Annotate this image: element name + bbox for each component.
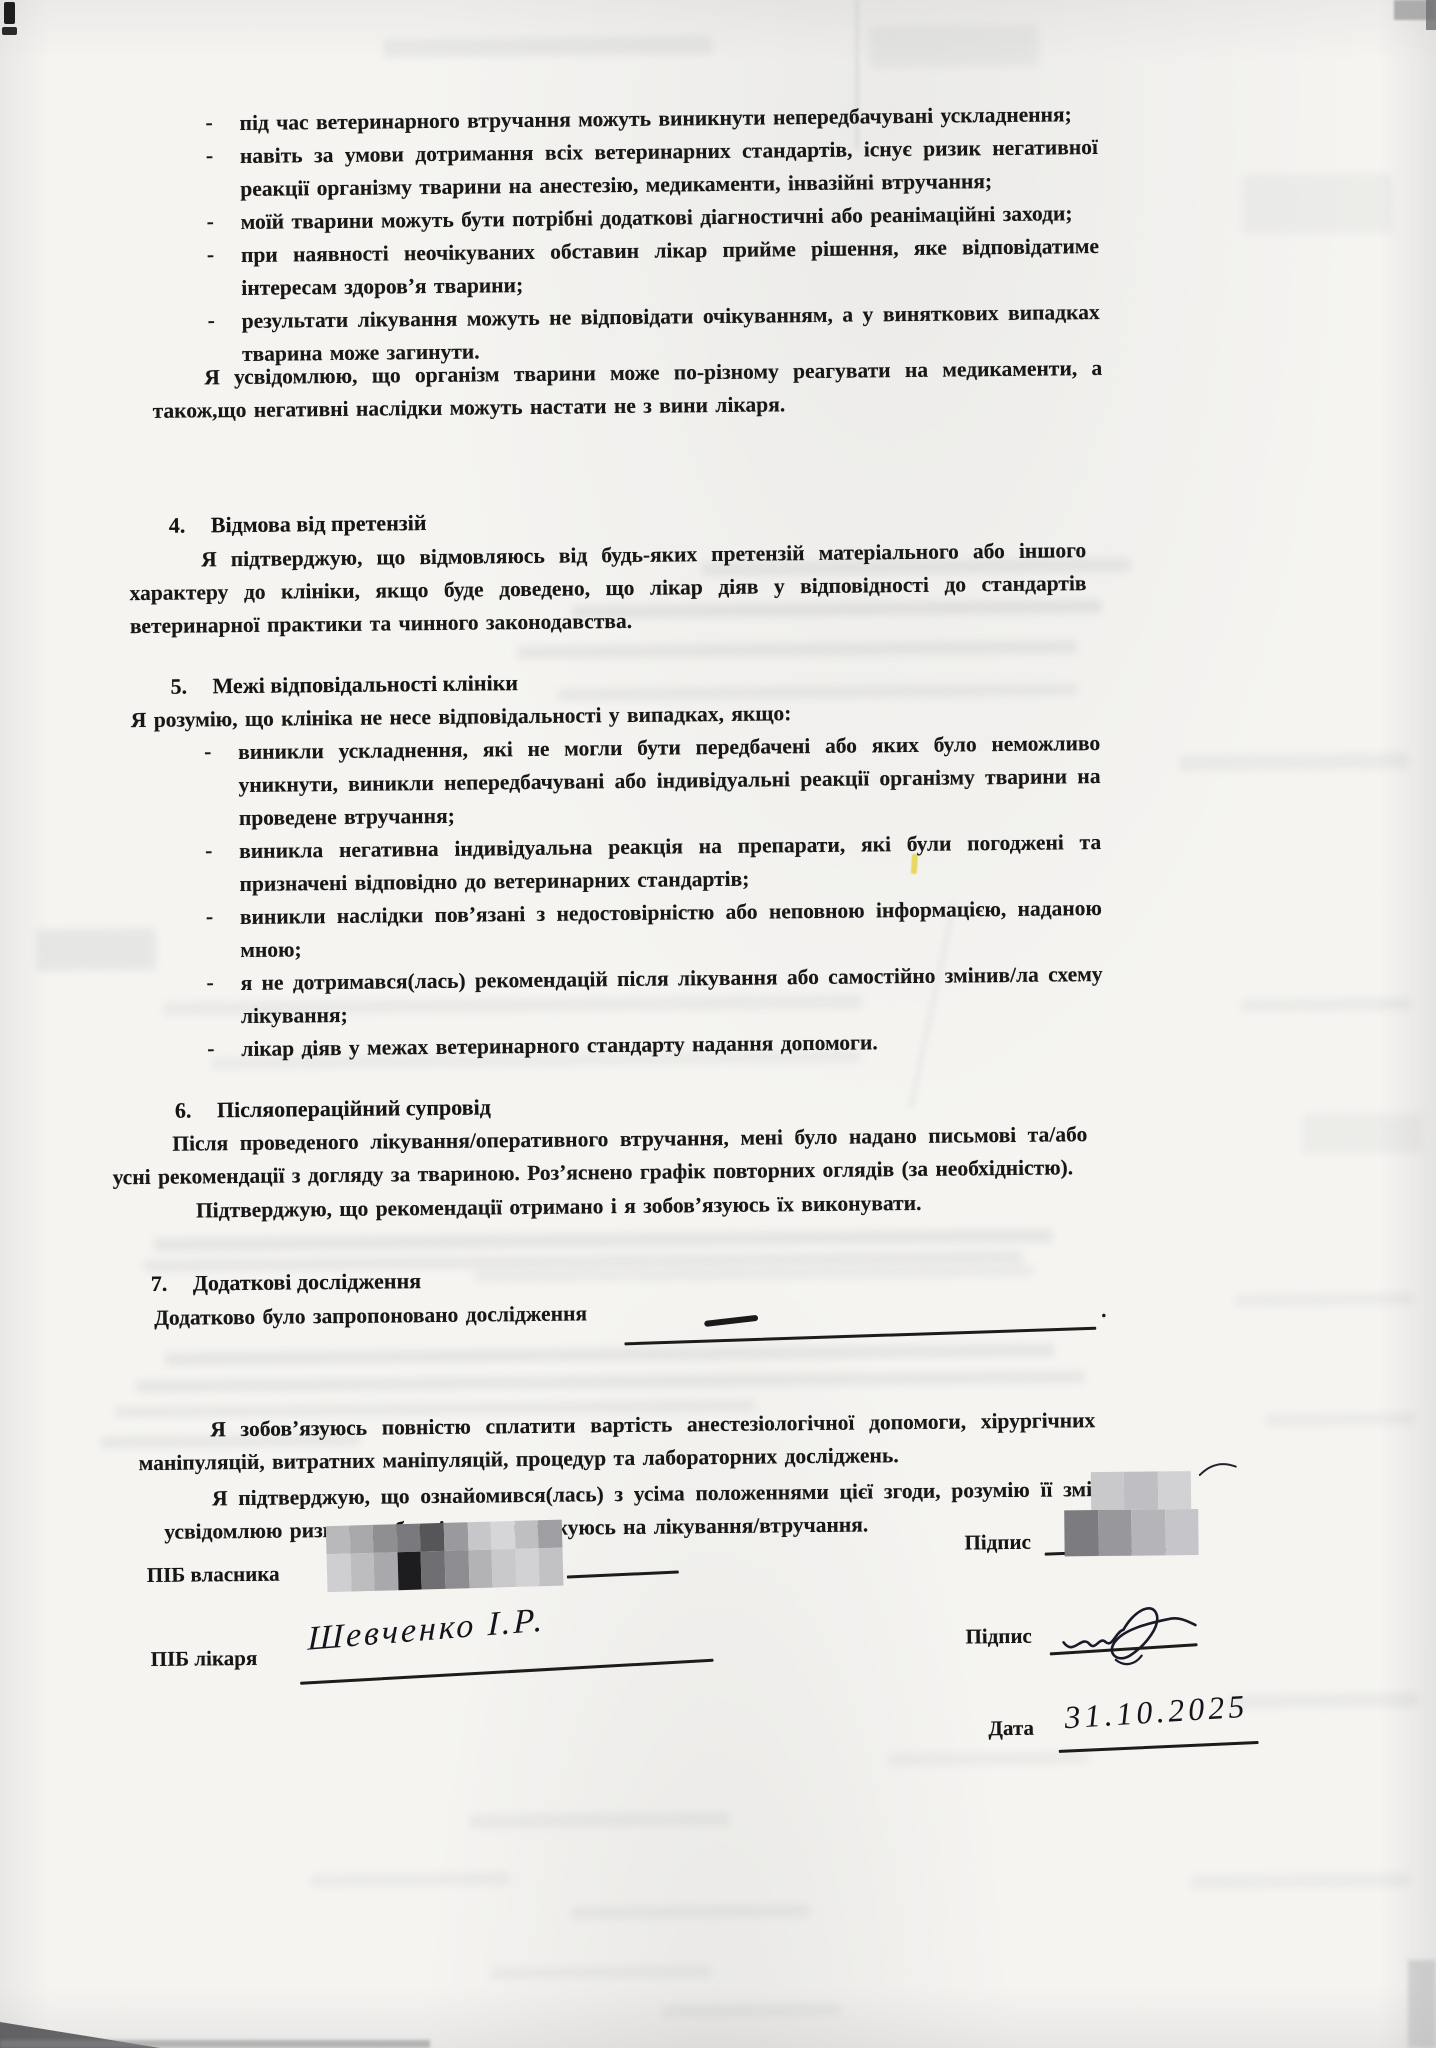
date-line bbox=[1059, 1741, 1259, 1753]
section-7-number: 7. bbox=[151, 1269, 193, 1299]
liability-bullet: виникли наслідки пов’язані з недостовірн… bbox=[200, 892, 1103, 967]
section-5-number: 5. bbox=[170, 671, 212, 701]
owner-signature-redaction-bottom bbox=[1064, 1509, 1198, 1556]
bleed-through-mark bbox=[1265, 1413, 1415, 1427]
section-6-number: 6. bbox=[175, 1095, 217, 1125]
owner-signature-label: Підпис bbox=[964, 1529, 1031, 1556]
bleed-through-mark bbox=[517, 640, 1077, 659]
date-label: Дата bbox=[988, 1715, 1034, 1741]
liability-bullet: виникли ускладнення, які не могли бути п… bbox=[198, 727, 1101, 835]
section-7-heading: 7. Додаткові дослідження bbox=[151, 1266, 422, 1299]
section-4-title: Відмова від претензій bbox=[211, 508, 427, 540]
bleed-through-mark bbox=[164, 1344, 1054, 1366]
risk-bullet: навіть за умови дотримання всіх ветерина… bbox=[200, 131, 1099, 206]
doctor-name-line bbox=[300, 1659, 714, 1685]
section-6-title: Післяопераційний супровід bbox=[217, 1092, 491, 1125]
owner-signature-redaction-top bbox=[1091, 1471, 1191, 1510]
date-value-handwritten: 31.10.2025 bbox=[1063, 1688, 1249, 1736]
section-4-heading: 4. Відмова від претензій bbox=[169, 508, 427, 541]
doctor-name-label: ПІБ лікаря bbox=[151, 1645, 258, 1672]
bleed-through-mark bbox=[661, 2004, 841, 2018]
document-sheet: під час ветеринарного втручання можуть в… bbox=[0, 0, 1436, 2048]
bleed-through-mark bbox=[889, 1751, 1089, 1766]
bleed-through-mark bbox=[1190, 1873, 1410, 1889]
bleed-through-mark bbox=[869, 25, 1039, 69]
bleed-through-mark bbox=[1228, 1693, 1418, 1709]
section-5-heading: 5. Межі відповідальності клініки bbox=[170, 668, 518, 702]
section-7-line-period: . bbox=[1101, 1294, 1121, 1327]
bleed-through-mark bbox=[135, 1370, 1085, 1393]
section-5-title: Межі відповідальності клініки bbox=[212, 668, 518, 701]
owner-signature-stroke bbox=[1198, 1457, 1240, 1479]
scan-corner-smudge-top-right-2 bbox=[1426, 0, 1436, 30]
bleed-through-mark bbox=[1242, 173, 1393, 235]
section-6-paragraph-1: Після проведеного лікування/оперативного… bbox=[112, 1118, 1088, 1194]
section-7-title: Додаткові дослідження bbox=[193, 1266, 422, 1298]
liability-bullet-list: виникли ускладнення, які не могли бути п… bbox=[198, 727, 1103, 1066]
liability-bullet: виникла негативна індивідуальна реакція … bbox=[199, 826, 1102, 901]
owner-name-label: ПІБ власника bbox=[147, 1561, 280, 1588]
payment-clause-paragraph: Я зобов’язуюсь повністю сплатити вартіст… bbox=[138, 1404, 1096, 1480]
bleed-through-mark bbox=[1241, 998, 1411, 1012]
bleed-through-mark bbox=[1234, 1293, 1414, 1307]
risk-bullet: при наявності неочікуваних обставин ліка… bbox=[201, 230, 1100, 305]
bleed-through-mark bbox=[36, 928, 156, 971]
section-7-lead: Додатково було запропоновано дослідження bbox=[154, 1296, 754, 1335]
section-6-heading: 6. Післяопераційний супровід bbox=[175, 1092, 491, 1125]
bleed-through-mark bbox=[1178, 753, 1408, 771]
bleed-through-mark bbox=[469, 1812, 729, 1829]
bleed-through-mark bbox=[153, 1229, 1053, 1252]
section-4-number: 4. bbox=[169, 510, 211, 540]
scanned-consent-form-page: під час ветеринарного втручання можуть в… bbox=[0, 0, 1436, 2048]
owner-name-line bbox=[567, 1570, 679, 1578]
bleed-through-mark bbox=[491, 1965, 711, 1979]
acknowledgement-paragraph: Я усвідомлюю, що організм тварини може п… bbox=[152, 352, 1103, 428]
section-4-paragraph: Я підтверджую, що відмовляюсь від будь-я… bbox=[129, 534, 1087, 643]
bleed-through-mark bbox=[1302, 1113, 1422, 1154]
bleed-through-mark bbox=[383, 36, 713, 57]
bleed-through-mark bbox=[310, 1872, 510, 1887]
doctor-signature-label: Підпис bbox=[965, 1623, 1032, 1650]
doctor-signature-stroke bbox=[1055, 1589, 1206, 1673]
risk-bullet-list: під час ветеринарного втручання можуть в… bbox=[199, 98, 1100, 371]
research-fill-in-line bbox=[624, 1327, 1096, 1345]
doctor-name-handwritten: Шевченко І.Р. bbox=[307, 1601, 545, 1658]
bleed-through-mark bbox=[570, 1904, 810, 1920]
liability-bullet: я не дотримався(лась) рекомендацій після… bbox=[200, 958, 1103, 1033]
owner-name-redaction bbox=[326, 1520, 564, 1593]
